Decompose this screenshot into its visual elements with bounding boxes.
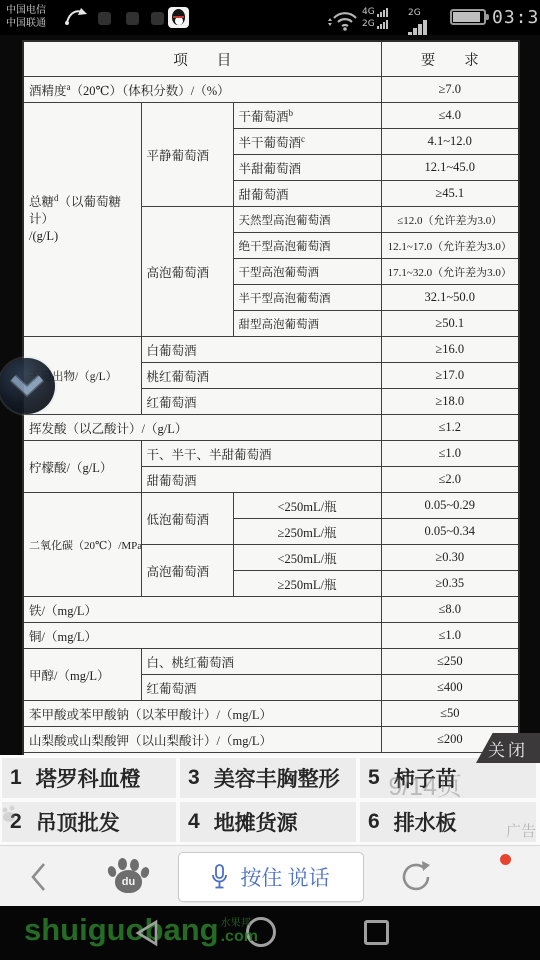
cell-label: 山梨酸或山梨酸钾（以山梨酸计）/（mg/L） <box>23 727 381 753</box>
baidu-home-button[interactable]: du <box>108 857 150 895</box>
ad-link-2[interactable]: 2 吊顶批发 <box>2 802 176 842</box>
cell-value: ≥0.35 <box>381 571 519 597</box>
wifi-icon <box>326 7 360 36</box>
phone-screen: 中国电信 中国联通 <box>0 0 540 960</box>
table-row: 铜/（mg/L） ≤1.0 <box>23 623 519 649</box>
cell-label: ≥250mL/瓶 <box>233 571 381 597</box>
chevron-down-icon <box>0 358 55 414</box>
cell-label: 挥发酸（以乙酸计）/（g/L） <box>23 415 381 441</box>
cell-label: 甜型高泡葡萄酒 <box>233 311 381 337</box>
cell-label: 干、半干、半甜葡萄酒 <box>141 441 381 467</box>
wine-standard-table: 项 目 要 求 酒精度a（20℃）（体积分数）/（%） ≥7.0 总糖d（以葡萄… <box>22 40 520 780</box>
cell-label: <250mL/瓶 <box>233 493 381 519</box>
voice-search-button[interactable]: 按住 说话 <box>178 852 364 902</box>
nav-back-button[interactable] <box>132 918 162 953</box>
cell-value: 0.05~0.29 <box>381 493 519 519</box>
cell-citric-label: 柠檬酸/（g/L） <box>23 441 141 493</box>
cell-label: 半甜葡萄酒 <box>233 155 381 181</box>
carrier-line1: 中国电信 <box>6 4 46 17</box>
notification-dot <box>500 854 511 865</box>
cell-label: 苯甲酸或苯甲酸钠（以苯甲酸计）/（mg/L） <box>23 701 381 727</box>
gesture-notification-icon <box>64 6 88 33</box>
cell-label: ≥250mL/瓶 <box>233 519 381 545</box>
cell-sugar-label: 总糖d（以葡萄糖计） /(g/L) <box>23 103 141 337</box>
cell-value: 12.1~45.0 <box>381 155 519 181</box>
cell-value: 0.05~0.34 <box>381 519 519 545</box>
carrier-labels: 中国电信 中国联通 <box>6 4 46 30</box>
cell-high-sparkling-group: 高泡葡萄酒 <box>141 545 233 597</box>
cell-methanol-label: 甲醇/（mg/L） <box>23 649 141 701</box>
table-row: 柠檬酸/（g/L） 干、半干、半甜葡萄酒 ≤1.0 <box>23 441 519 467</box>
ad-link-3[interactable]: 3 美容丰胸整形 <box>180 758 356 798</box>
cell-value: ≤12.0（允许差为3.0） <box>381 207 519 233</box>
signal-bars-small-2 <box>377 20 388 29</box>
refresh-button[interactable] <box>398 859 434 900</box>
net2-label: 2G <box>408 8 421 18</box>
cell-co2-label: 二氧化碳（20℃）/MPa <box>23 493 141 597</box>
cell-value: ≤4.0 <box>381 103 519 129</box>
net1-top-label: 4G <box>362 7 375 17</box>
browser-toolbar: du 按住 说话 <box>0 845 540 906</box>
corner-paw-icon <box>0 804 20 829</box>
cell-label: 红葡萄酒 <box>141 389 381 415</box>
cell-label: 干型高泡葡萄酒 <box>233 259 381 285</box>
cell-value: ≤250 <box>381 649 519 675</box>
cell-label: 半干葡萄酒c <box>233 129 381 155</box>
document-viewer: 项 目 要 求 酒精度a（20℃）（体积分数）/（%） ≥7.0 总糖d（以葡萄… <box>0 35 540 755</box>
cell-label: 半干型高泡葡萄酒 <box>233 285 381 311</box>
notification-icon-dim-1 <box>98 12 111 25</box>
status-bar: 中国电信 中国联通 <box>0 0 540 35</box>
table-row: 铁/（mg/L） ≤8.0 <box>23 597 519 623</box>
watermark-latin: shuiguobang <box>24 915 219 944</box>
table-row: 山梨酸或山梨酸钾（以山梨酸计）/（mg/L） ≤200 <box>23 727 519 753</box>
cell-label: 甜葡萄酒 <box>141 467 381 493</box>
cell-value: 32.1~50.0 <box>381 285 519 311</box>
battery-icon <box>450 9 486 25</box>
page-indicator: 9/14页 <box>388 767 462 803</box>
table-row: 苯甲酸或苯甲酸钠（以苯甲酸计）/（mg/L） ≤50 <box>23 701 519 727</box>
network-indicator-sim1: 4G 2G <box>362 5 404 29</box>
cell-value: 4.1~12.0 <box>381 129 519 155</box>
ad-label: 广告 <box>506 820 536 841</box>
cell-label: 铜/（mg/L） <box>23 623 381 649</box>
table-row: 二氧化碳（20℃）/MPa 低泡葡萄酒 <250mL/瓶 0.05~0.29 <box>23 493 519 519</box>
cell-label: 干葡萄酒b <box>233 103 381 129</box>
back-button[interactable] <box>28 861 48 898</box>
status-time: 03:33 <box>492 7 540 28</box>
cell-value: ≤1.2 <box>381 415 519 441</box>
cell-label: <250mL/瓶 <box>233 545 381 571</box>
cell-still-group: 平静葡萄酒 <box>141 103 233 207</box>
cell-label: 白、桃红葡萄酒 <box>141 649 381 675</box>
signal-bars-small-1 <box>377 8 388 17</box>
cell-label: 绝干型高泡葡萄酒 <box>233 233 381 259</box>
android-nav-bar: shuiguobang 水果邦 .com <box>0 906 540 960</box>
cell-value: 12.1~17.0（允许差为3.0） <box>381 233 519 259</box>
cell-value: ≤50 <box>381 701 519 727</box>
notification-icon-dim-3 <box>151 12 164 25</box>
document-sheet: 项 目 要 求 酒精度a（20℃）（体积分数）/（%） ≥7.0 总糖d（以葡萄… <box>22 40 518 780</box>
cell-value: ≤400 <box>381 675 519 701</box>
cell-value: ≤8.0 <box>381 597 519 623</box>
microphone-icon <box>212 864 227 890</box>
watermark-tld: .com <box>221 929 258 944</box>
table-row: 酒精度a（20℃）（体积分数）/（%） ≥7.0 <box>23 77 519 103</box>
cell-label: 甜葡萄酒 <box>233 181 381 207</box>
table-row: 甲醇/（mg/L） 白、桃红葡萄酒 ≤250 <box>23 649 519 675</box>
cell-label: 白葡萄酒 <box>141 337 381 363</box>
cell-value: ≥0.30 <box>381 545 519 571</box>
table-row: 挥发酸（以乙酸计）/（g/L） ≤1.2 <box>23 415 519 441</box>
cell-label: 红葡萄酒 <box>141 675 381 701</box>
chevron-left-icon <box>28 861 48 893</box>
qq-notification-icon <box>168 7 189 28</box>
cell-label: 铁/（mg/L） <box>23 597 381 623</box>
header-requirement: 要 求 <box>381 41 519 77</box>
cell-value: ≥16.0 <box>381 337 519 363</box>
cell-value: ≥7.0 <box>381 77 519 103</box>
cell-label: 酒精度a（20℃）（体积分数）/（%） <box>23 77 381 103</box>
cell-sparkling-group: 高泡葡萄酒 <box>141 207 233 337</box>
cell-value: ≤1.0 <box>381 623 519 649</box>
cell-value: ≤2.0 <box>381 467 519 493</box>
table-row: 总糖d（以葡萄糖计） /(g/L) 平静葡萄酒 干葡萄酒b ≤4.0 <box>23 103 519 129</box>
triangle-back-icon <box>132 918 162 948</box>
notification-icon-dim-2 <box>126 12 139 25</box>
cell-value: ≥17.0 <box>381 363 519 389</box>
net1-bottom-label: 2G <box>362 19 375 29</box>
baidu-logo-text: du <box>115 870 142 893</box>
cell-value: 17.1~32.0（允许差为3.0） <box>381 259 519 285</box>
cell-value: ≤1.0 <box>381 441 519 467</box>
refresh-icon <box>398 859 434 895</box>
carrier-line2: 中国联通 <box>6 17 46 30</box>
ad-link-1[interactable]: 1 塔罗科血橙 <box>2 758 176 798</box>
table-row: 干浸出物/（g/L） 白葡萄酒 ≥16.0 <box>23 337 519 363</box>
floating-chevron-widget[interactable] <box>0 358 55 414</box>
ad-panel: 1 塔罗科血橙 2 吊顶批发 3 美容丰胸整形 4 地摊货源 5 柿子苗 6 排… <box>0 755 540 845</box>
header-item: 项 目 <box>23 41 381 77</box>
voice-button-label: 按住 说话 <box>240 862 329 892</box>
nav-recents-button[interactable] <box>364 920 389 945</box>
cell-value: ≥18.0 <box>381 389 519 415</box>
table-header-row: 项 目 要 求 <box>23 41 519 77</box>
cell-label: 桃红葡萄酒 <box>141 363 381 389</box>
ad-link-4[interactable]: 4 地摊货源 <box>180 802 356 842</box>
cell-value: ≥50.1 <box>381 311 519 337</box>
cell-value: ≥45.1 <box>381 181 519 207</box>
cell-low-sparkling-group: 低泡葡萄酒 <box>141 493 233 545</box>
cell-label: 天然型高泡葡萄酒 <box>233 207 381 233</box>
